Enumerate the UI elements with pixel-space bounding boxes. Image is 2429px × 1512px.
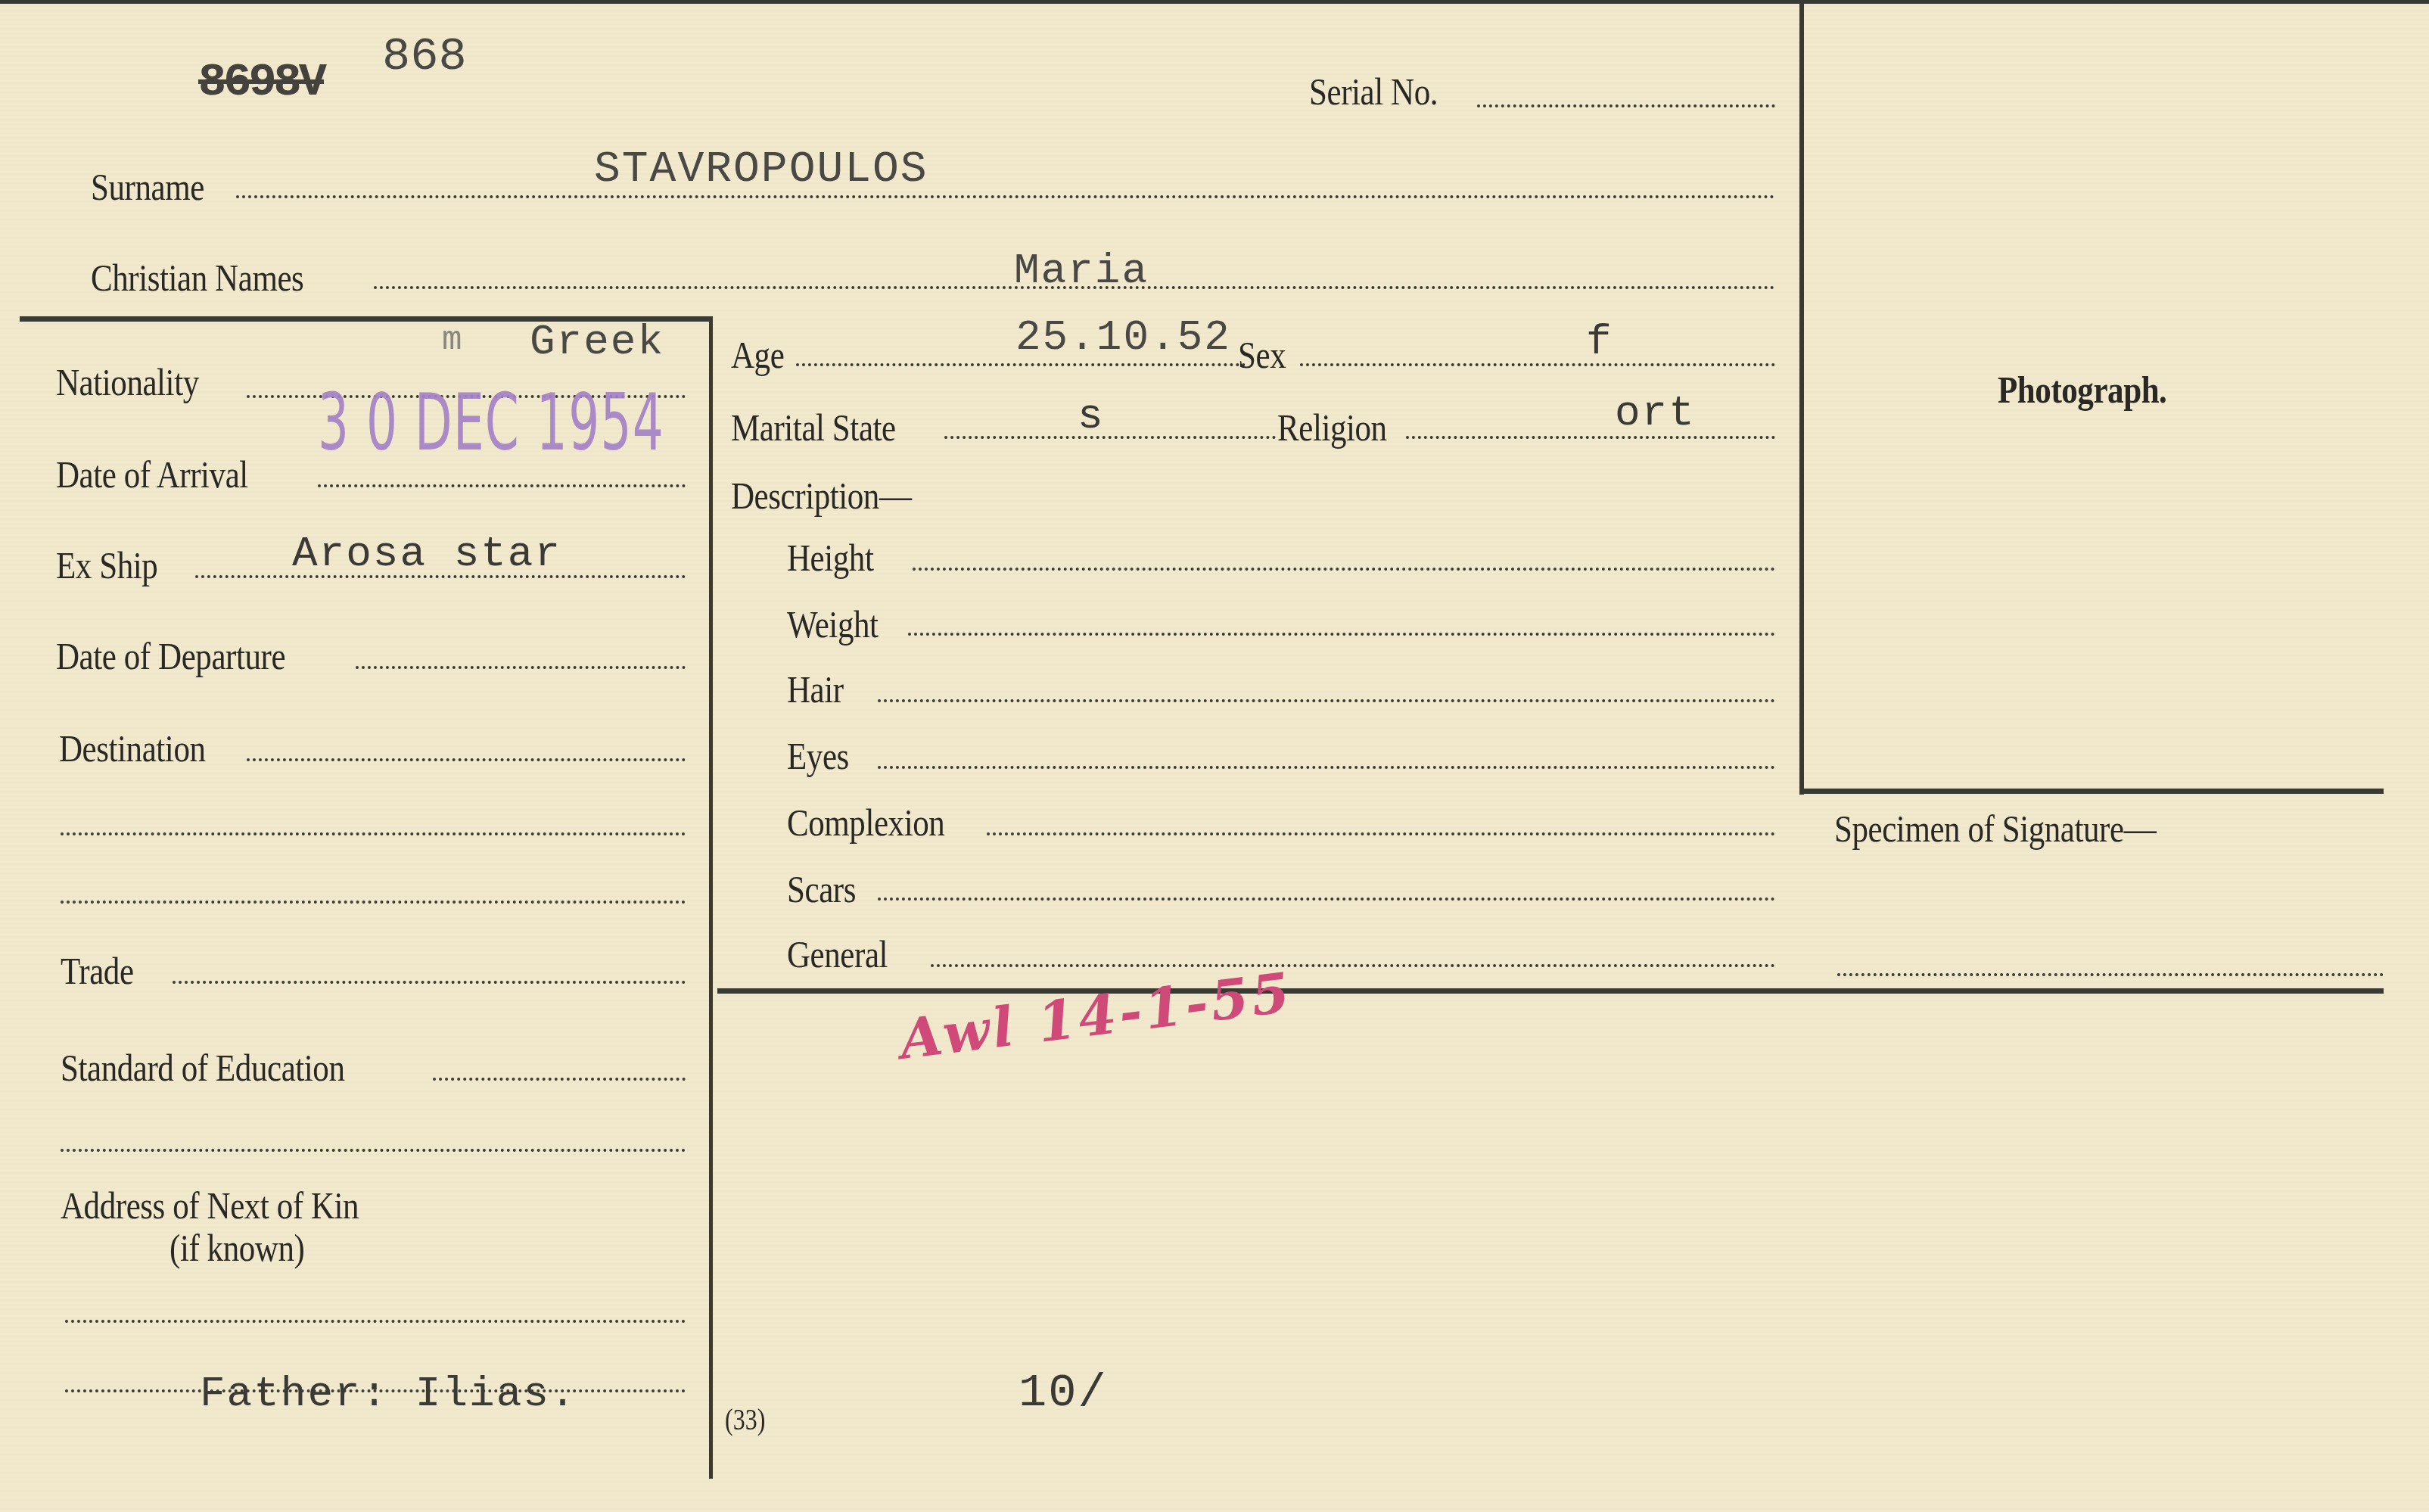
destination-field-line-3[interactable] bbox=[61, 901, 686, 904]
marital-state-field[interactable] bbox=[944, 436, 1276, 439]
age-value: 25.10.52 bbox=[1015, 316, 1231, 359]
left-box-right-line bbox=[709, 316, 713, 1479]
destination-label: Destination bbox=[59, 730, 206, 767]
trade-field[interactable] bbox=[173, 981, 686, 984]
specimen-signature-label: Specimen of Signature— bbox=[1834, 810, 2156, 848]
hair-field[interactable] bbox=[878, 699, 1775, 702]
nationality-value: Greek bbox=[530, 321, 664, 363]
education-field[interactable] bbox=[433, 1078, 686, 1081]
complexion-field[interactable] bbox=[987, 832, 1775, 835]
christian-names-value: Maria bbox=[1014, 250, 1149, 292]
bottom-note: 10/ bbox=[1019, 1370, 1108, 1417]
form-number: (33) bbox=[725, 1405, 765, 1435]
weight-label: Weight bbox=[787, 605, 879, 643]
general-label: General bbox=[787, 935, 888, 973]
surname-label: Surname bbox=[91, 168, 204, 206]
serial-no-field[interactable] bbox=[1477, 104, 1775, 107]
date-of-departure-label: Date of Departure bbox=[56, 637, 285, 675]
age-label: Age bbox=[731, 336, 784, 374]
serial-no-label: Serial No. bbox=[1309, 73, 1438, 110]
date-of-arrival-field[interactable] bbox=[318, 484, 686, 487]
eyes-label: Eyes bbox=[787, 737, 849, 775]
date-of-departure-field[interactable] bbox=[356, 666, 686, 669]
ex-ship-label: Ex Ship bbox=[56, 546, 157, 584]
sex-label: Sex bbox=[1238, 336, 1286, 374]
destination-field-line-2[interactable] bbox=[61, 832, 686, 835]
education-label: Standard of Education bbox=[61, 1049, 344, 1087]
photo-frame-bottom-line bbox=[1801, 789, 2384, 794]
photograph-label[interactable]: Photograph. bbox=[1998, 371, 2166, 409]
hair-label: Hair bbox=[787, 670, 844, 708]
height-field[interactable] bbox=[913, 568, 1775, 571]
christian-names-label: Christian Names bbox=[91, 259, 303, 297]
sex-field[interactable] bbox=[1300, 363, 1775, 366]
complexion-label: Complexion bbox=[787, 804, 944, 842]
signature-field[interactable] bbox=[1837, 973, 2384, 976]
photo-frame-left-line bbox=[1799, 3, 1804, 795]
arrival-date-stamp: 3 0 DEC 1954 bbox=[318, 383, 664, 462]
age-field[interactable] bbox=[796, 363, 1246, 366]
date-of-arrival-label: Date of Arrival bbox=[56, 456, 248, 493]
immigration-record-card: 8698V 868 Serial No. Surname STAVROPOULO… bbox=[0, 0, 2429, 1512]
weight-field[interactable] bbox=[908, 633, 1775, 636]
scars-field[interactable] bbox=[878, 898, 1775, 901]
handwritten-annotation: Awl 14-1-55 bbox=[897, 965, 1295, 1067]
next-of-kin-sublabel: (if known) bbox=[170, 1229, 304, 1267]
religion-label: Religion bbox=[1277, 409, 1387, 446]
next-of-kin-value: Father: Ilias. bbox=[200, 1373, 577, 1415]
education-field-line-2[interactable] bbox=[61, 1149, 686, 1152]
general-field[interactable] bbox=[931, 964, 1775, 967]
next-of-kin-label: Address of Next of Kin bbox=[61, 1187, 359, 1224]
nationality-label: Nationality bbox=[56, 363, 199, 401]
scars-label: Scars bbox=[787, 870, 856, 908]
eyes-field[interactable] bbox=[878, 766, 1775, 769]
ex-ship-value: Arosa star bbox=[292, 533, 561, 575]
surname-value: STAVROPOULOS bbox=[594, 148, 928, 192]
religion-field[interactable] bbox=[1406, 436, 1775, 439]
description-label: Description— bbox=[731, 477, 911, 515]
file-number: 868 bbox=[382, 33, 467, 80]
height-label: Height bbox=[787, 539, 873, 577]
struck-file-number: 8698V bbox=[198, 59, 324, 106]
middle-divider-line bbox=[717, 988, 2384, 994]
marital-state-label: Marital State bbox=[731, 409, 896, 446]
top-border bbox=[0, 0, 2429, 4]
religion-value: ort bbox=[1615, 392, 1696, 434]
marital-state-value: s bbox=[1078, 395, 1105, 437]
trade-label: Trade bbox=[61, 952, 134, 990]
destination-field[interactable] bbox=[247, 758, 686, 761]
next-of-kin-field[interactable] bbox=[65, 1320, 686, 1323]
surname-field[interactable] bbox=[236, 195, 1775, 198]
nationality-prefix: m bbox=[442, 324, 463, 357]
sex-value: f bbox=[1586, 321, 1613, 363]
